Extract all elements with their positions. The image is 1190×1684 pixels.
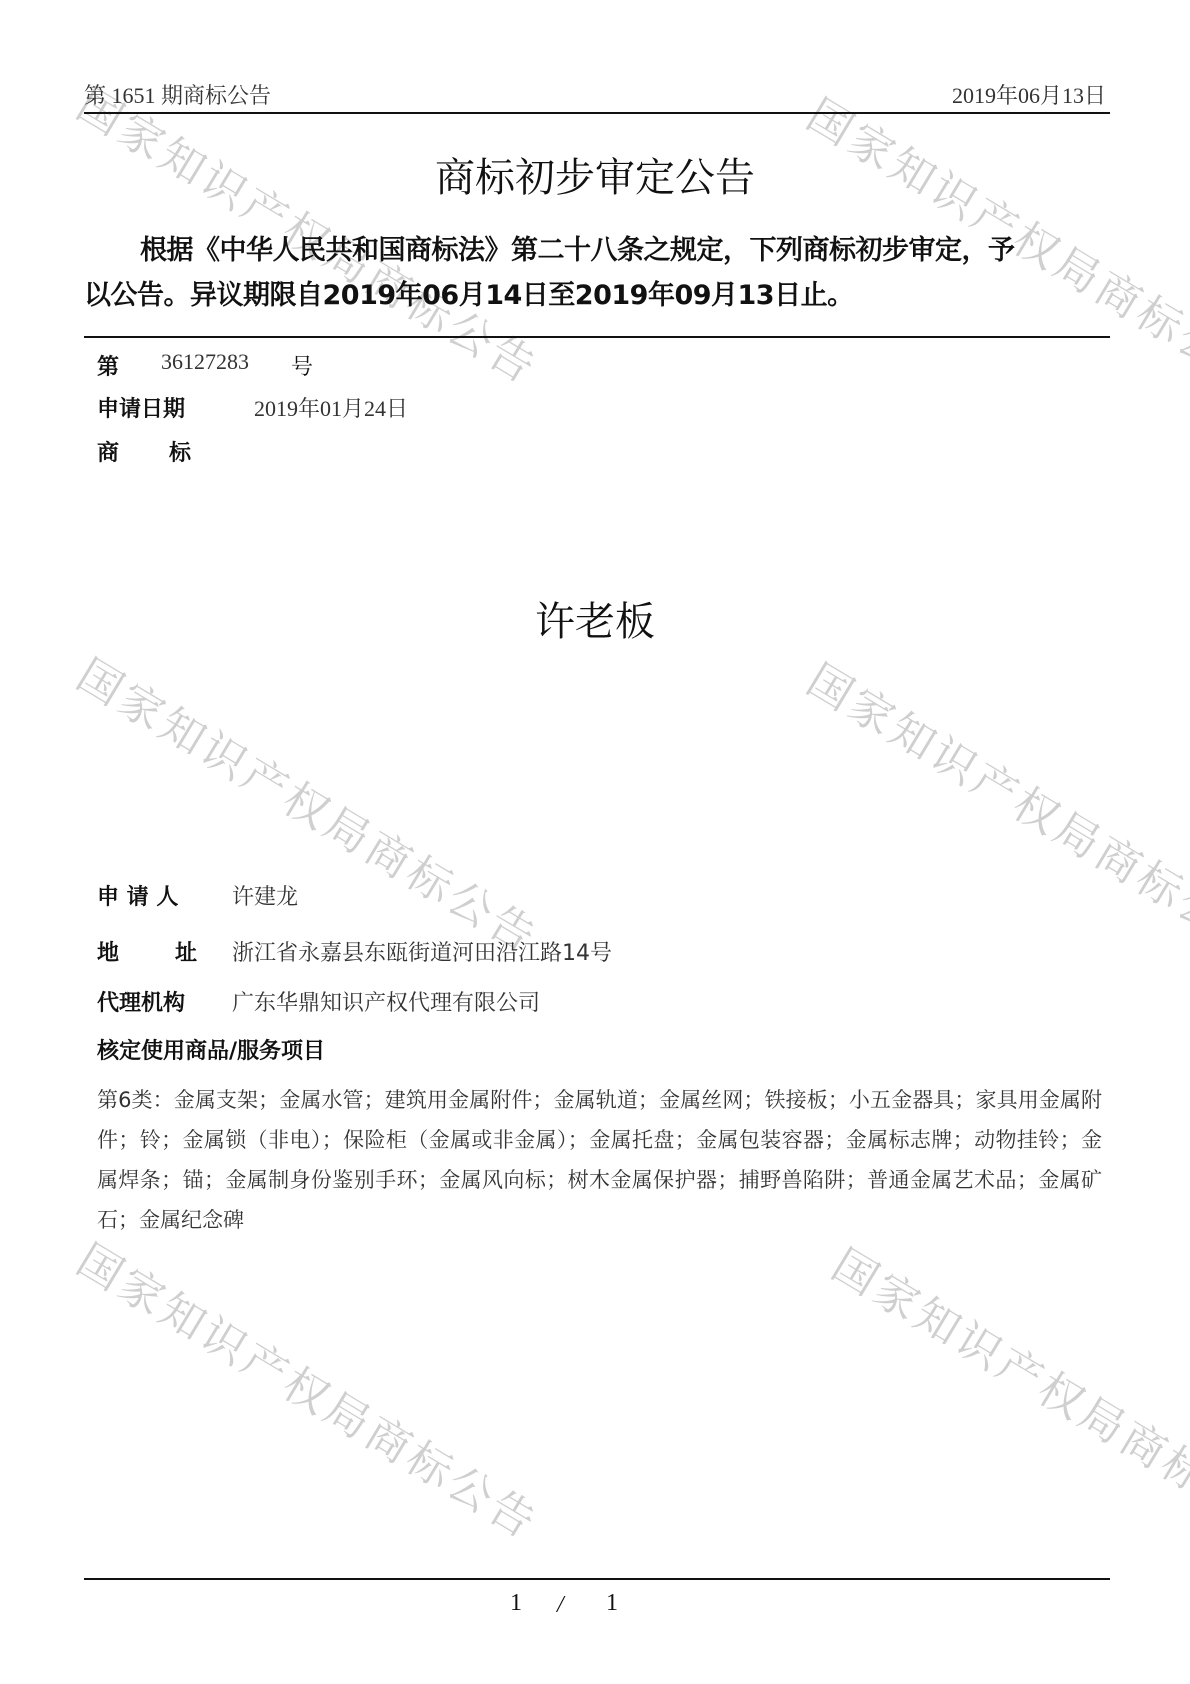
watermark: 国家知识产权局商标公告 [67, 640, 553, 967]
goods-list: 第6类：金属支架；金属水管；建筑用金属附件；金属轨道；金属丝网；铁接板；小五金器… [97, 1080, 1102, 1240]
trademark-label: 商 标 [97, 436, 193, 467]
applicant-label: 申 请 人 [97, 880, 178, 911]
filing-date: 2019年01月24日 [254, 392, 408, 423]
filing-date-label: 申请日期 [97, 392, 185, 423]
trademark-mark: 许老板 [0, 590, 1190, 647]
goods-heading: 核定使用商品/服务项目 [97, 1034, 325, 1065]
intro-line-2: 以公告。异议期限自2019年06月14日至2019年09月13日止。 [84, 273, 854, 312]
intro-line-1: 根据《中华人民共和国商标法》第二十八条之规定，下列商标初步审定，予 [140, 228, 1015, 267]
registration-number: 36127283 [161, 349, 249, 375]
header-rule [84, 112, 1110, 114]
publication-date: 2019年06月13日 [952, 79, 1106, 110]
watermark: 国家知识产权局商标公告 [67, 1225, 553, 1552]
issue-number: 第 1651 期商标公告 [84, 79, 271, 110]
agent-value: 广东华鼎知识产权代理有限公司 [232, 986, 540, 1017]
number-prefix: 第 [97, 350, 119, 381]
agent-label: 代理机构 [97, 986, 185, 1017]
section-rule [84, 336, 1110, 338]
watermark: 国家知识产权局商标公告 [797, 645, 1190, 972]
page-separator: / [557, 1592, 564, 1619]
page-title: 商标初步审定公告 [0, 146, 1190, 203]
address-label: 地 址 [97, 936, 201, 967]
number-suffix: 号 [291, 350, 313, 381]
footer-rule [84, 1578, 1110, 1580]
applicant-name: 许建龙 [232, 880, 298, 911]
page-total: 1 [606, 1590, 618, 1617]
page-current: 1 [510, 1590, 522, 1617]
address-value: 浙江省永嘉县东瓯街道河田沿江路14号 [232, 936, 612, 967]
watermark: 国家知识产权局商标公告 [822, 1230, 1190, 1557]
